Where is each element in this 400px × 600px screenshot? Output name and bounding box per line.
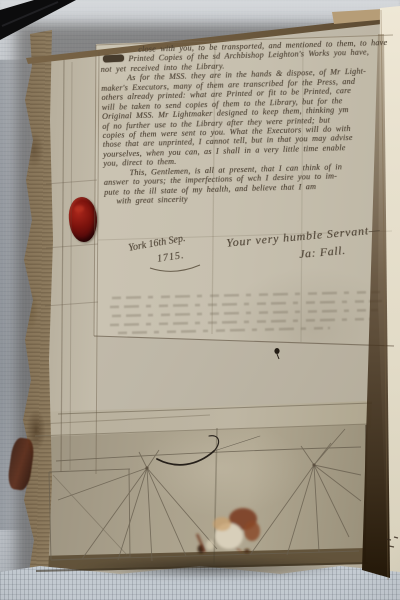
ink-showthrough	[110, 292, 382, 333]
dateline-underline	[150, 265, 200, 271]
black-strap	[0, 0, 76, 40]
diagram-knot-left	[145, 466, 148, 469]
letter-body: close with you, to be transported, and m…	[100, 38, 400, 207]
rust-stain	[197, 508, 260, 553]
photo-manuscript-letter: close with you, to be transported, and m…	[0, 0, 400, 600]
diagram-knot-right	[312, 463, 315, 466]
struck-out-word	[103, 54, 124, 62]
ink-spot	[274, 348, 279, 359]
ink-flourish	[157, 436, 260, 465]
